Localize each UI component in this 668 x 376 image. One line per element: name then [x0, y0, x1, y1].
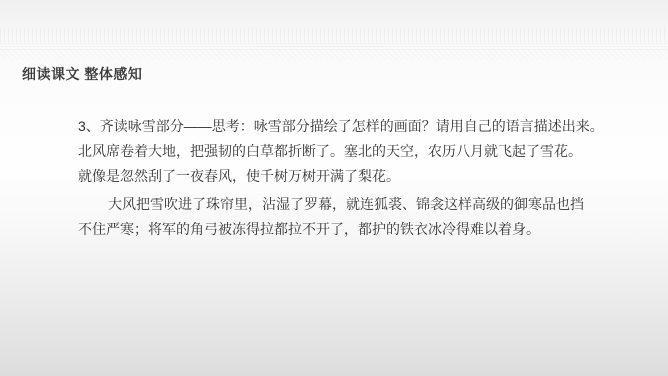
- decorative-texture-band: [0, 27, 668, 60]
- section-title: 细读课文 整体感知: [22, 64, 142, 84]
- body-line-question: 3、齐读咏雪部分——思考：咏雪部分描绘了怎样的画面？请用自己的语言描述出来。: [78, 114, 623, 139]
- body-line-answer-1: 北风席卷着大地，把强韧的白草都折断了。塞北的天空，农历八月就飞起了雪花。: [78, 139, 623, 164]
- body-line-answer-2: 就像是忽然刮了一夜春风，使千树万树开满了梨花。: [78, 164, 623, 189]
- body-text-block: 3、齐读咏雪部分——思考：咏雪部分描绘了怎样的画面？请用自己的语言描述出来。 北…: [78, 114, 623, 242]
- body-line-answer-4: 不住严寒；将军的角弓被冻得拉都拉不开了，都护的铁衣冰冷得难以着身。: [78, 217, 623, 242]
- presentation-slide: 细读课文 整体感知 3、齐读咏雪部分——思考：咏雪部分描绘了怎样的画面？请用自己…: [0, 0, 668, 376]
- body-line-answer-3: 大风把雪吹进了珠帘里，沾湿了罗幕，就连狐裘、锦衾这样高级的御寒品也挡: [78, 192, 623, 217]
